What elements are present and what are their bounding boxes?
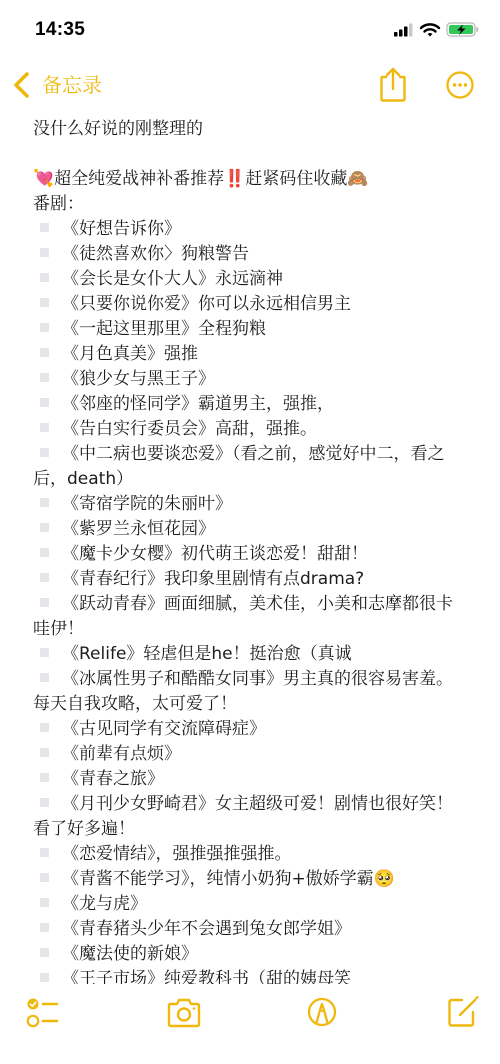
bullet-square-icon	[40, 398, 49, 407]
list-item-text: 《中二病也要谈恋爱》（看之前，感觉好中二，看之后，death）	[33, 444, 445, 489]
bottom-toolbar	[0, 984, 500, 1064]
back-label: 备忘录	[42, 72, 102, 98]
pleading-face-emoji-icon: 🥺	[374, 869, 395, 889]
list-item: 《会长是女仆大人》永远滴神	[33, 267, 461, 292]
bullet-square-icon	[40, 373, 49, 382]
list-item-text: 《月色真美》强推	[62, 344, 198, 364]
list-item: 《前辈有点烦》	[33, 742, 461, 767]
list-item: 《王子市场》纯爱教科书（甜的姨母笑	[33, 967, 461, 984]
bullet-square-icon	[40, 648, 49, 657]
bullet-square-icon	[40, 923, 49, 932]
list-item-text: 《邻座的怪同学》霸道男主，强推，	[62, 394, 334, 414]
bullet-square-icon	[40, 248, 49, 257]
bullet-square-icon	[40, 548, 49, 557]
list-item: 《青春纪行》我印象里剧情有点drama?	[33, 567, 461, 592]
list-item-text: 《古见同学有交流障碍症》	[62, 719, 266, 739]
bullet-square-icon	[40, 423, 49, 432]
list-item-text: 《魔法使的新娘》	[62, 944, 198, 964]
list-item-text: 《好想告诉你》	[62, 219, 181, 239]
bullet-square-icon	[40, 673, 49, 682]
bullet-square-icon	[40, 723, 49, 732]
list-item: 《Relife》轻虐但是he！挺治愈（真诚	[33, 642, 461, 667]
bullet-square-icon	[40, 498, 49, 507]
note-editor[interactable]: 没什么好说的刚整理的 💘超全纯爱战神补番推荐‼️赶紧码住收藏🙈 番剧： 《好想告…	[0, 110, 500, 984]
list-item-text: 《魔卡少女樱》初代萌王谈恋爱！甜甜！	[62, 544, 368, 564]
markup-button[interactable]	[306, 996, 338, 1028]
list-item: 《告白实行委员会》高甜，强推。	[33, 417, 461, 442]
note-body[interactable]: 没什么好说的刚整理的 💘超全纯爱战神补番推荐‼️赶紧码住收藏🙈 番剧： 《好想告…	[33, 117, 461, 984]
list-item: 《青春之旅》	[33, 767, 461, 792]
list-item: 《一起这里那里》全程狗粮	[33, 317, 461, 342]
checklist-button[interactable]	[24, 996, 62, 1030]
camera-button[interactable]	[165, 995, 203, 1029]
share-button[interactable]	[376, 64, 410, 106]
list-item-text: 《王子市场》纯爱教科书（甜的姨母笑	[62, 969, 351, 984]
share-icon	[376, 64, 410, 106]
compose-icon	[446, 993, 480, 1029]
list-item-text: 《狼少女与黑王子》	[62, 369, 215, 389]
status-time: 14:35	[35, 18, 85, 42]
list-item: 《冰属性男子和酷酷女同事》男主真的很容易害羞。每天自我攻略，太可爱了！	[33, 667, 461, 717]
list-item-text: 《只要你说你爱》你可以永远相信男主	[62, 294, 351, 314]
list-item: 《好想告诉你》	[33, 217, 461, 242]
list-item: 《寄宿学院的朱丽叶》	[33, 492, 461, 517]
cellular-signal-icon	[392, 22, 414, 38]
list-item: 《跃动青春》画面细腻，美术佳，小美和志摩都很卡哇伊！	[33, 592, 461, 642]
list-item: 《青酱不能学习》，纯情小奶狗+傲娇学霸🥺	[33, 867, 461, 892]
note-headline: 💘超全纯爱战神补番推荐‼️赶紧码住收藏🙈	[33, 167, 461, 192]
list-item-text: 《徒然喜欢你〉狗粮警告	[62, 244, 249, 264]
list-item-text: 《跃动青春》画面细腻，美术佳，小美和志摩都很卡哇伊！	[33, 594, 453, 639]
headline-text-2: 赶紧码住收藏	[245, 169, 347, 189]
list-item-text: 《青春之旅》	[62, 769, 164, 789]
bullet-square-icon	[40, 223, 49, 232]
bullet-square-icon	[40, 348, 49, 357]
battery-charging-icon	[446, 21, 480, 39]
bullet-square-icon	[40, 773, 49, 782]
section-label: 番剧：	[33, 192, 461, 217]
list-item-text: 《Relife》轻虐但是he！挺治愈（真诚	[62, 644, 352, 664]
list-item: 《恋爱情结》，强推强推强推。	[33, 842, 461, 867]
list-item: 《古见同学有交流障碍症》	[33, 717, 461, 742]
list-item: 《月色真美》强推	[33, 342, 461, 367]
list-item: 《紫罗兰永恒花园》	[33, 517, 461, 542]
list-item: 《青春猪头少年不会遇到兔女郎学姐》	[33, 917, 461, 942]
camera-icon	[165, 995, 203, 1029]
headline-text-1: 超全纯爱战神补番推荐	[54, 169, 224, 189]
bullet-square-icon	[40, 873, 49, 882]
list-item: 《邻座的怪同学》霸道男主，强推，	[33, 392, 461, 417]
bullet-square-icon	[40, 523, 49, 532]
heart-arrow-emoji-icon: 💘	[33, 169, 54, 189]
list-item: 《中二病也要谈恋爱》（看之前，感觉好中二，看之后，death）	[33, 442, 461, 492]
list-item-text: 《恋爱情结》，强推强推强推。	[62, 844, 292, 864]
list-item: 《魔卡少女樱》初代萌王谈恋爱！甜甜！	[33, 542, 461, 567]
more-button[interactable]	[444, 69, 476, 101]
note-intro: 没什么好说的刚整理的	[33, 117, 461, 142]
bullet-square-icon	[40, 898, 49, 907]
list-item-text: 《告白实行委员会》高甜，强推。	[62, 419, 317, 439]
list-item: 《龙与虎》	[33, 892, 461, 917]
list-item: 《只要你说你爱》你可以永远相信男主	[33, 292, 461, 317]
bullet-square-icon	[40, 273, 49, 282]
bullet-square-icon	[40, 748, 49, 757]
list-item: 《徒然喜欢你〉狗粮警告	[33, 242, 461, 267]
see-no-evil-monkey-emoji-icon: 🙈	[347, 169, 368, 189]
bullet-square-icon	[40, 948, 49, 957]
bullet-square-icon	[40, 573, 49, 582]
list-item-text: 《青春纪行》我印象里剧情有点drama?	[62, 569, 364, 589]
blank-line	[33, 142, 461, 167]
list-item: 《月刊少女野崎君》女主超级可爱！剧情也很好笑！看了好多遍！	[33, 792, 461, 842]
compose-button[interactable]	[446, 993, 480, 1029]
list-item-text: 《一起这里那里》全程狗粮	[62, 319, 266, 339]
checklist-icon	[24, 996, 62, 1030]
list-item: 《魔法使的新娘》	[33, 942, 461, 967]
chevron-left-icon	[10, 68, 36, 102]
bullet-square-icon	[40, 323, 49, 332]
list-item-text: 《月刊少女野崎君》女主超级可爱！剧情也很好笑！看了好多遍！	[33, 794, 453, 839]
status-icons	[390, 20, 485, 42]
list-item-text: 《寄宿学院的朱丽叶》	[62, 494, 232, 514]
ellipsis-circle-icon	[444, 69, 476, 101]
bullet-square-icon	[40, 973, 49, 982]
back-button[interactable]: 备忘录	[10, 68, 110, 102]
bullet-square-icon	[40, 298, 49, 307]
list-item-text: 《冰属性男子和酷酷女同事》男主真的很容易害羞。每天自我攻略，太可爱了！	[33, 669, 453, 714]
bullet-square-icon	[40, 798, 49, 807]
list-item-text: 《会长是女仆大人》永远滴神	[62, 269, 283, 289]
wifi-icon	[419, 22, 441, 38]
list-item-text: 《前辈有点烦》	[62, 744, 181, 764]
list-item-text: 《紫罗兰永恒花园》	[62, 519, 215, 539]
bullet-square-icon	[40, 448, 49, 457]
list-item-text: 《龙与虎》	[62, 894, 147, 914]
list-item-text: 《青春猪头少年不会遇到兔女郎学姐》	[62, 919, 351, 939]
bullet-square-icon	[40, 598, 49, 607]
list-item: 《狼少女与黑王子》	[33, 367, 461, 392]
list-item-text: 《青酱不能学习》，纯情小奶狗+傲娇学霸	[62, 869, 374, 889]
double-exclamation-icon: ‼️	[224, 169, 245, 189]
bullet-square-icon	[40, 848, 49, 857]
markup-pen-icon	[306, 996, 338, 1028]
